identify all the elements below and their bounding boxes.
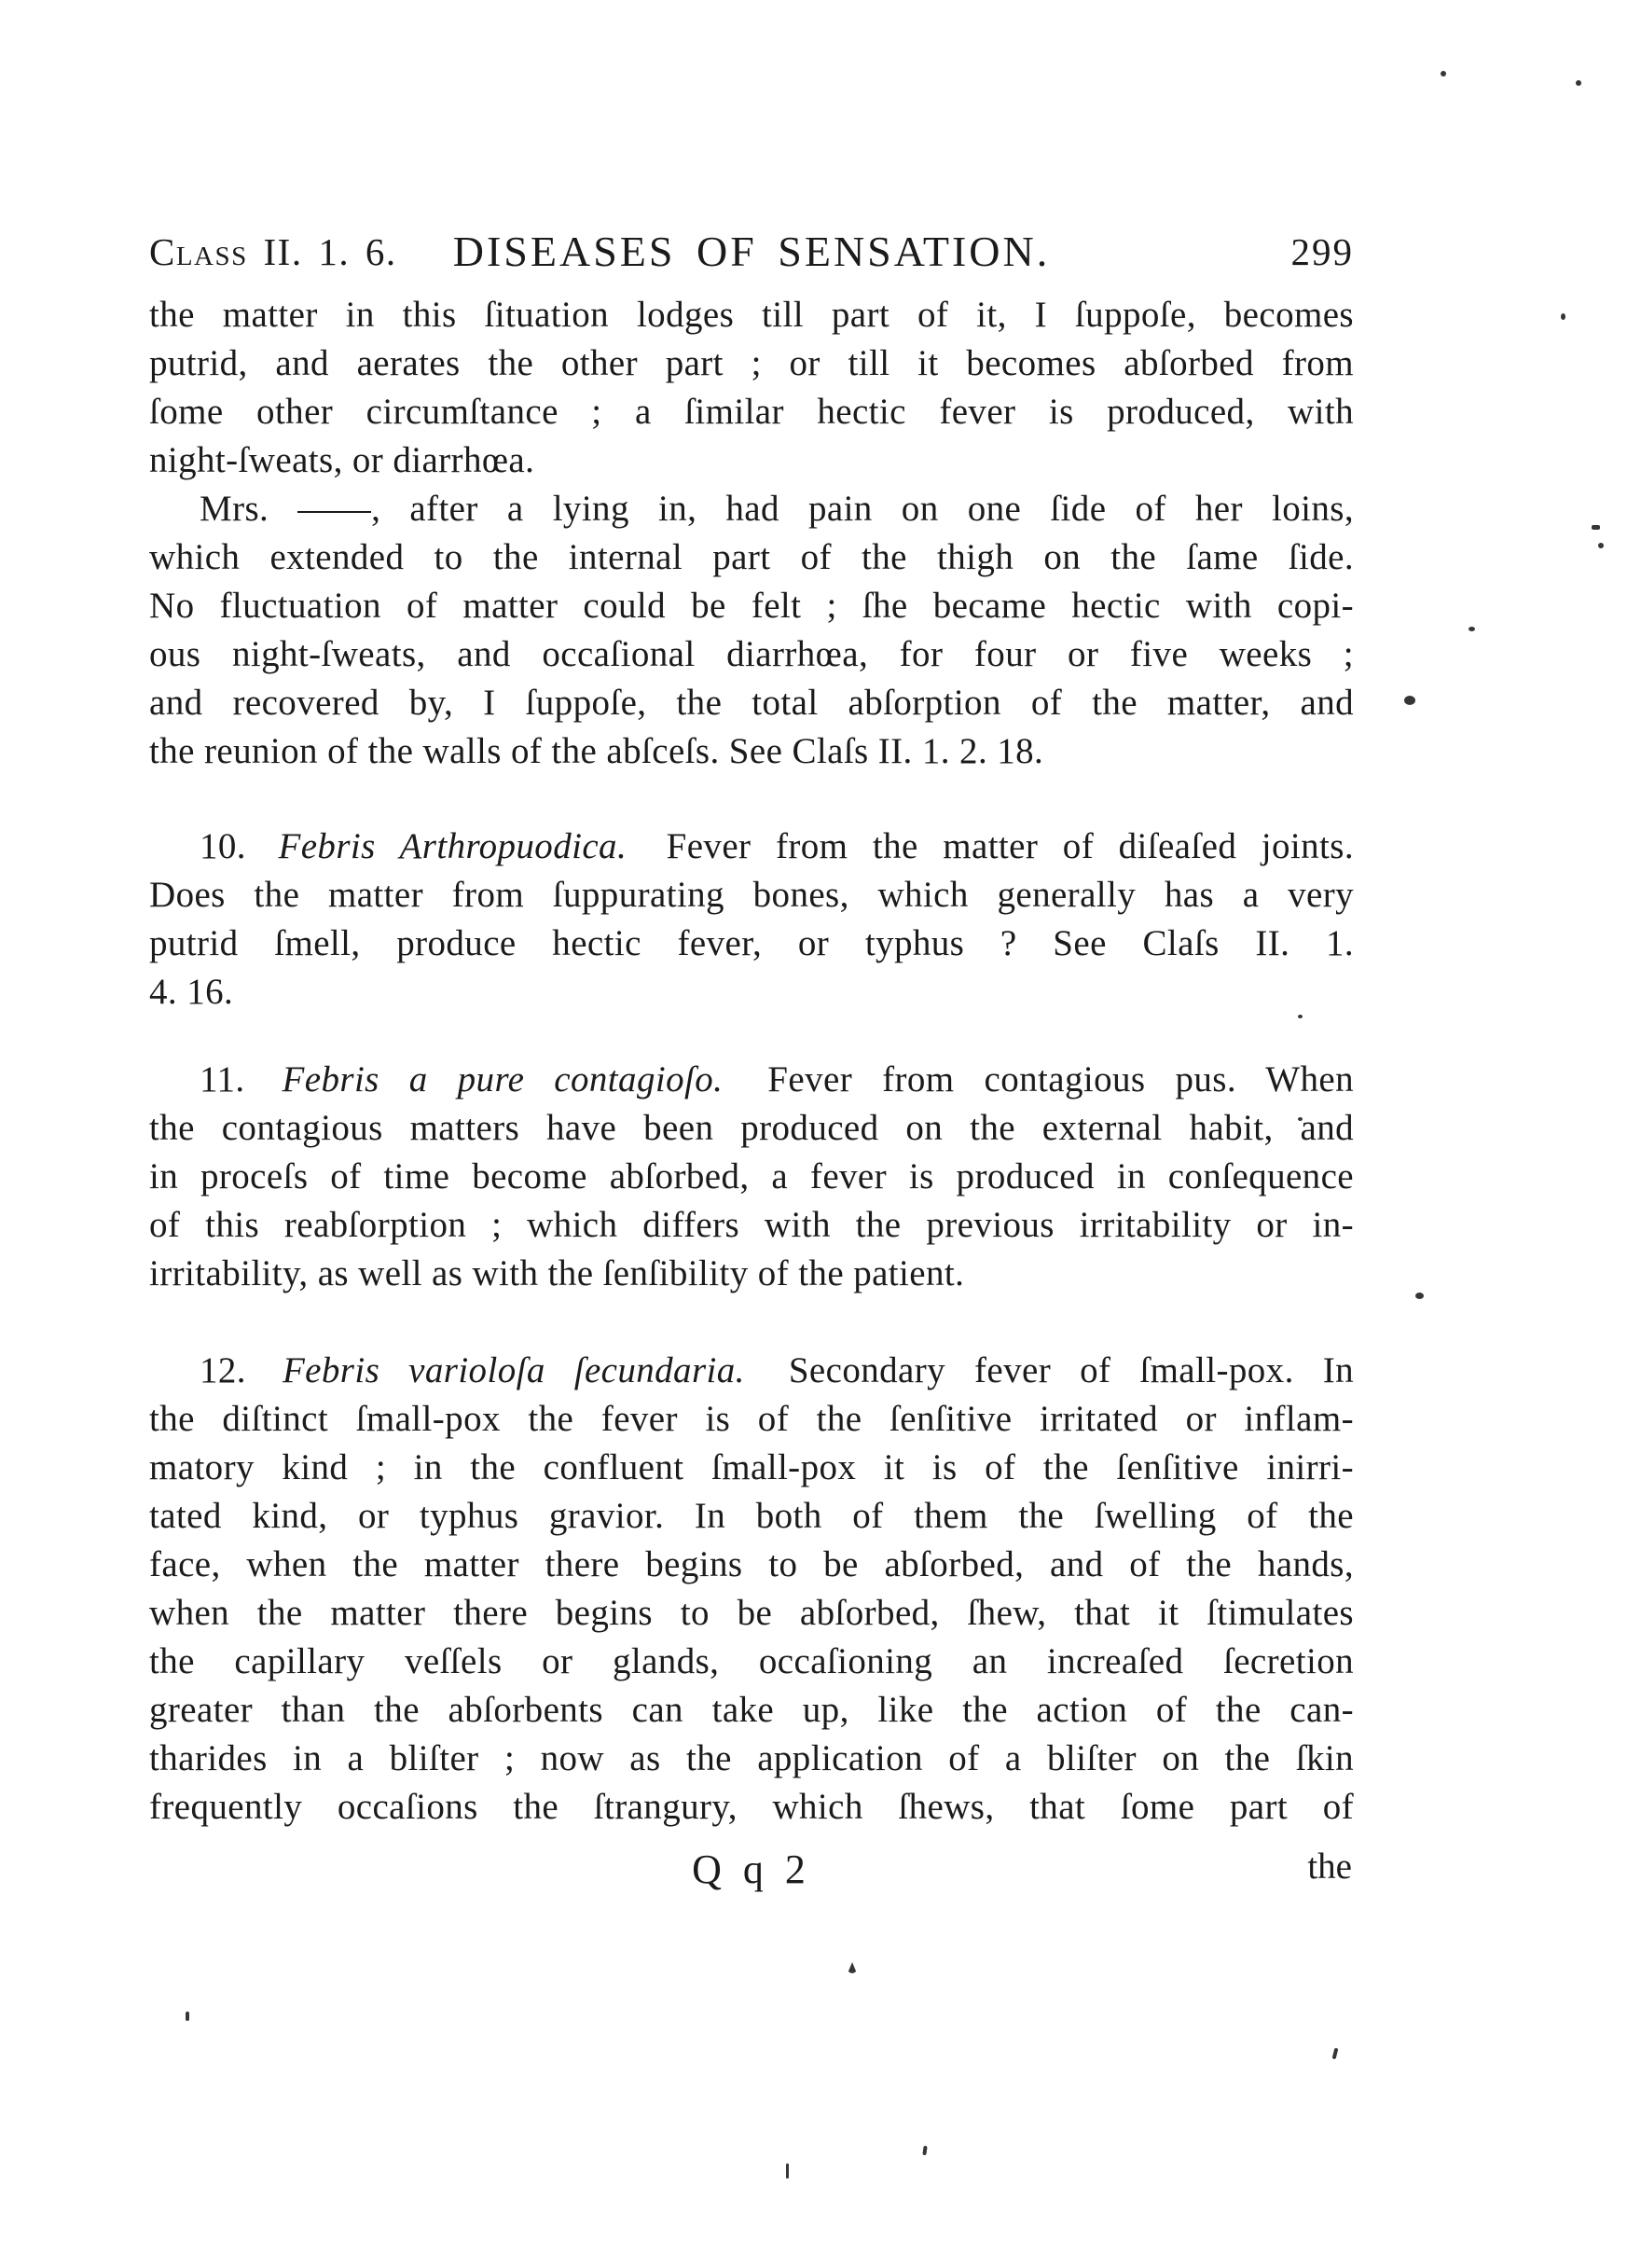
- text-line: face, when the matter there begins to be…: [149, 1541, 1354, 1589]
- section-number: 12.: [200, 1350, 246, 1390]
- text-line: putrid ſmell, produce hectic fever, or t…: [149, 920, 1354, 968]
- section-number: 10.: [200, 826, 246, 866]
- text-line: the reunion of the walls of the abſceſs.…: [149, 727, 1354, 776]
- signature-mark: Q q 2: [149, 1846, 1354, 1893]
- section-latin-title: Febris a pure contagioſo.: [283, 1059, 724, 1099]
- page-title: DISEASES OF SENSATION.: [149, 227, 1354, 276]
- text-line: 4. 16.: [149, 968, 1354, 1016]
- ink-speck: [1598, 543, 1604, 548]
- text-line: the matter in this ſituation lodges till…: [149, 291, 1354, 339]
- text-block: the matter in this ſituation lodges till…: [149, 291, 1354, 1893]
- text-line: Does the matter from ſuppurating bones, …: [149, 871, 1354, 920]
- text-line: tharides in a bliſter ; now as the appli…: [149, 1735, 1354, 1783]
- ink-speck: [786, 2164, 789, 2178]
- ink-speck: [1441, 71, 1446, 76]
- section-lead-line: 11. Febris a pure contagioſo. Fever from…: [149, 1056, 1354, 1104]
- section-lead-text: Fever from the matter of diſeaſed joints…: [667, 826, 1354, 866]
- text-line: matory kind ; in the confluent ſmall-pox…: [149, 1444, 1354, 1492]
- section-10: 10. Febris Arthropuodica. Fever from the…: [149, 823, 1354, 1016]
- ink-speck: [186, 2012, 189, 2021]
- text-line: the diſtinct ſmall-pox the fever is of t…: [149, 1395, 1354, 1444]
- ink-speck: [922, 2146, 927, 2155]
- paragraph-case-report: Mrs. ——, after a lying in, had pain on o…: [149, 485, 1354, 776]
- text-line: tated kind, or typhus gravior. In both o…: [149, 1492, 1354, 1541]
- text-line: ſome other circumſtance ; a ſimilar hect…: [149, 388, 1354, 436]
- text-line: which extended to the internal part of t…: [149, 533, 1354, 582]
- ink-speck: [1469, 627, 1475, 631]
- paragraph-continuation: the matter in this ſituation lodges till…: [149, 291, 1354, 485]
- ink-speck: [1415, 1293, 1424, 1299]
- section-lead-text: Fever from contagious pus. When: [767, 1059, 1354, 1099]
- text-line: the contagious matters have been produce…: [149, 1104, 1354, 1153]
- text-line: No fluctuation of matter could be felt ;…: [149, 582, 1354, 630]
- text-line: Mrs. ——, after a lying in, had pain on o…: [149, 485, 1354, 533]
- section-latin-title: Febris Arthropuodica.: [278, 826, 627, 866]
- ink-speck: [1332, 2048, 1339, 2060]
- text-line: of this reabſorption ; which differs wit…: [149, 1201, 1354, 1250]
- text-line: the capillary veſſels or glands, occaſio…: [149, 1638, 1354, 1686]
- section-lead-line: 10. Febris Arthropuodica. Fever from the…: [149, 823, 1354, 871]
- text-line: irritability, as well as with the ſenſib…: [149, 1250, 1354, 1298]
- page-footer: Q q 2 the: [149, 1839, 1354, 1893]
- text-line: and recovered by, I ſuppoſe, the total a…: [149, 679, 1354, 727]
- text-line: putrid, and aerates the other part ; or …: [149, 339, 1354, 388]
- catchword: the: [1307, 1846, 1352, 1888]
- section-number: 11.: [200, 1059, 245, 1099]
- section-latin-title: Febris varioloſa ſecundaria.: [283, 1350, 745, 1390]
- text-line: night-ſweats, or diarrhœa.: [149, 436, 1354, 485]
- text-line: frequently occaſions the ſtrangury, whic…: [149, 1783, 1354, 1832]
- section-lead-text: Secondary fever of ſmall-pox. In: [789, 1350, 1354, 1390]
- running-header: Class II. 1. 6. DISEASES OF SENSATION. 2…: [149, 222, 1354, 276]
- text-line: when the matter there begins to be abſor…: [149, 1589, 1354, 1638]
- ink-speck: [1576, 80, 1581, 86]
- section-12: 12. Febris varioloſa ſecundaria. Seconda…: [149, 1347, 1354, 1832]
- text-line: greater than the abſorbents can take up,…: [149, 1686, 1354, 1735]
- text-line: in proceſs of time become abſorbed, a fe…: [149, 1153, 1354, 1201]
- ink-speck: [1404, 696, 1415, 705]
- ink-speck: [1298, 1117, 1303, 1121]
- ink-speck: [1592, 525, 1600, 530]
- text-line: ous night-ſweats, and occaſional diarrhœ…: [149, 630, 1354, 679]
- page-number: 299: [1291, 229, 1355, 274]
- ink-speck: [1561, 313, 1565, 320]
- section-lead-line: 12. Febris varioloſa ſecundaria. Seconda…: [149, 1347, 1354, 1395]
- ink-speck: [1298, 1015, 1303, 1018]
- section-11: 11. Febris a pure contagioſo. Fever from…: [149, 1056, 1354, 1298]
- ink-speck: [848, 1962, 857, 1973]
- book-page: Class II. 1. 6. DISEASES OF SENSATION. 2…: [0, 0, 1641, 2268]
